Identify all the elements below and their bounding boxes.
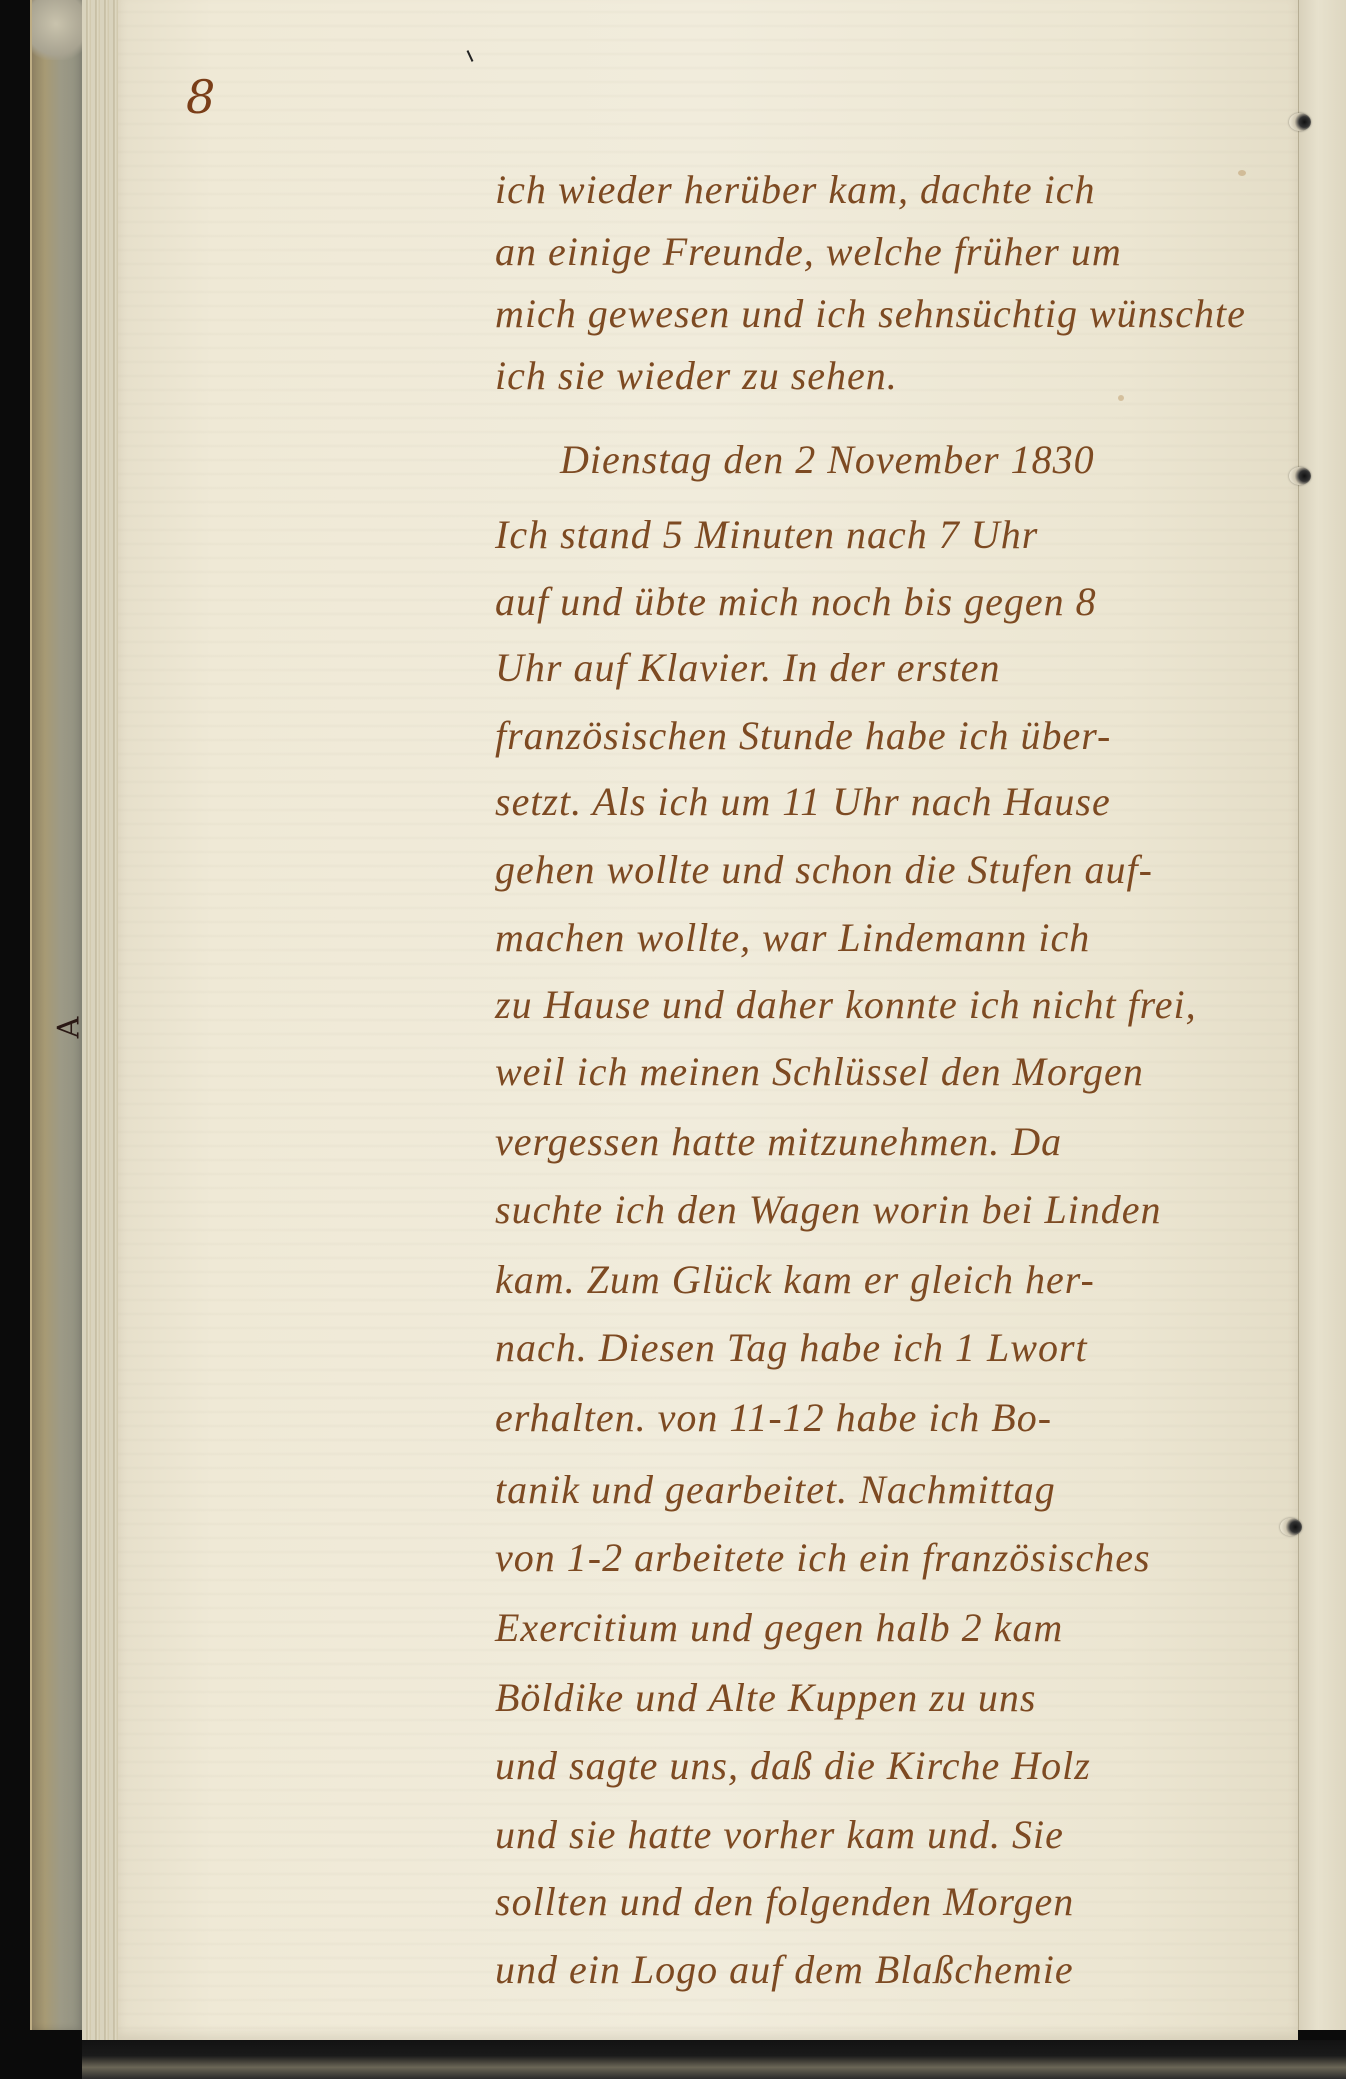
paper-stain [1118, 395, 1124, 401]
book-bottom-edge [82, 2040, 1346, 2079]
book-cover-binding: A [30, 0, 84, 2030]
manuscript-line: mich gewesen und ich sehnsüchtig wünscht… [495, 294, 1246, 334]
manuscript-line: französischen Stunde habe ich über- [495, 716, 1111, 756]
manuscript-line: und sie hatte vorher kam und. Sie [495, 1815, 1064, 1855]
manuscript-line: vergessen hatte mitzunehmen. Da [495, 1122, 1062, 1162]
manuscript-line: sollten und den folgenden Morgen [495, 1882, 1074, 1922]
manuscript-line: gehen wollte und schon die Stufen auf- [495, 850, 1153, 890]
manuscript-line: Uhr auf Klavier. In der ersten [495, 648, 1001, 688]
manuscript-scan: A 8 ich wieder herüber kam, dachte ichan… [0, 0, 1346, 2079]
page-number: 8 [186, 70, 215, 124]
manuscript-line: weil ich meinen Schlüssel den Morgen [495, 1052, 1144, 1092]
binding-hole-icon [1289, 113, 1311, 131]
manuscript-line: tanik und gearbeitet. Nachmittag [495, 1470, 1056, 1510]
manuscript-line: und ein Logo auf dem Blaßchemie [495, 1950, 1074, 1990]
manuscript-line: von 1-2 arbeitete ich ein französisches [495, 1538, 1151, 1578]
adjacent-leaf-edge [1298, 0, 1346, 2030]
entry-date-heading: Dienstag den 2 November 1830 [560, 440, 1095, 480]
manuscript-line: Ich stand 5 Minuten nach 7 Uhr [495, 515, 1038, 555]
manuscript-line: zu Hause und daher konnte ich nicht frei… [495, 985, 1197, 1025]
manuscript-line: kam. Zum Glück kam er gleich her- [495, 1260, 1095, 1300]
binding-hole-icon [1289, 467, 1311, 485]
manuscript-line: Exercitium und gegen halb 2 kam [495, 1608, 1063, 1648]
paper-stain [1238, 170, 1246, 176]
manuscript-line: suchte ich den Wagen worin bei Linden [495, 1190, 1162, 1230]
manuscript-line: erhalten. von 11-12 habe ich Bo- [495, 1398, 1052, 1438]
manuscript-line: nach. Diesen Tag habe ich 1 Lwort [495, 1328, 1088, 1368]
manuscript-line: machen wollte, war Lindemann ich [495, 918, 1090, 958]
manuscript-line: an einige Freunde, welche früher um [495, 232, 1122, 272]
page-edge-stack [82, 0, 120, 2050]
manuscript-line: auf und übte mich noch bis gegen 8 [495, 582, 1097, 622]
manuscript-line: ich wieder herüber kam, dachte ich [495, 170, 1096, 210]
manuscript-line: ich sie wieder zu sehen. [495, 356, 898, 396]
manuscript-line: und sagte uns, daß die Kirche Holz [495, 1746, 1091, 1786]
binding-hole-icon [1280, 1518, 1302, 1536]
manuscript-line: Böldike und Alte Kuppen zu uns [495, 1678, 1036, 1718]
manuscript-line: setzt. Als ich um 11 Uhr nach Hause [495, 782, 1111, 822]
